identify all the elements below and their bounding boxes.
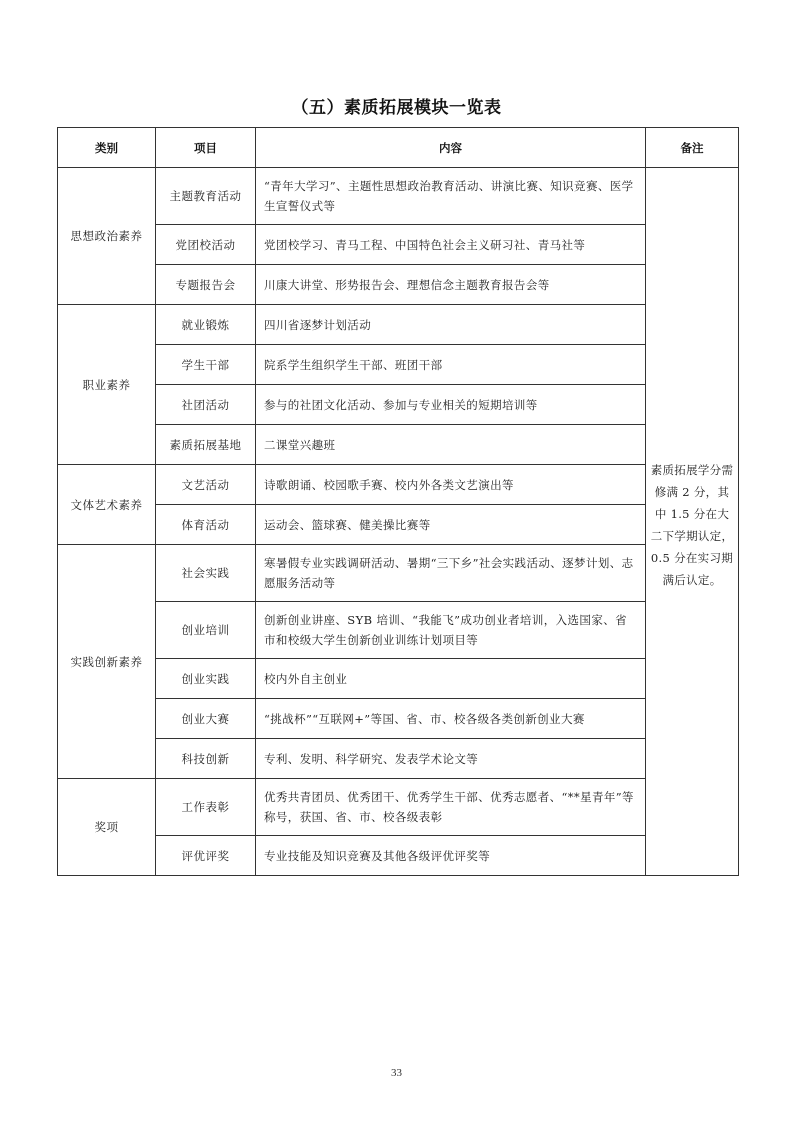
note-cell: 素质拓展学分需修满 2 分，其中 1.5 分在大二下学期认定，0.5 分在实习期… [646,168,739,876]
category-cell: 职业素养 [58,305,156,465]
table-row: 体育活动 运动会、篮球赛、健美操比赛等 [58,505,739,545]
content-cell: 专利、发明、科学研究、发表学术论文等 [256,739,646,779]
item-cell: 主题教育活动 [156,168,256,225]
item-cell: 科技创新 [156,739,256,779]
item-cell: 体育活动 [156,505,256,545]
category-cell: 实践创新素养 [58,545,156,779]
table-row: 文体艺术素养 文艺活动 诗歌朗诵、校园歌手赛、校内外各类文艺演出等 [58,465,739,505]
table-row: 专题报告会 川康大讲堂、形势报告会、理想信念主题教育报告会等 [58,265,739,305]
header-note: 备注 [646,128,739,168]
item-cell: 社团活动 [156,385,256,425]
item-cell: 创业大赛 [156,699,256,739]
item-cell: 就业锻炼 [156,305,256,345]
table-row: 学生干部 院系学生组织学生干部、班团干部 [58,345,739,385]
table-row: 奖项 工作表彰 优秀共青团员、优秀团干、优秀学生干部、优秀志愿者、“**星青年”… [58,779,739,836]
note-text: 素质拓展学分需修满 2 分，其中 1.5 分在大二下学期认定，0.5 分在实习期… [650,459,734,591]
header-content: 内容 [256,128,646,168]
item-cell: 评优评奖 [156,836,256,876]
content-cell: 创新创业讲座、SYB 培训、“我能飞”成功创业者培训，入选国家、省市和校级大学生… [256,602,646,659]
table-row: 创业培训 创新创业讲座、SYB 培训、“我能飞”成功创业者培训，入选国家、省市和… [58,602,739,659]
content-cell: 运动会、篮球赛、健美操比赛等 [256,505,646,545]
content-cell: 诗歌朗诵、校园歌手赛、校内外各类文艺演出等 [256,465,646,505]
item-cell: 工作表彰 [156,779,256,836]
content-cell: 寒暑假专业实践调研活动、暑期“三下乡”社会实践活动、逐梦计划、志愿服务活动等 [256,545,646,602]
content-cell: 专业技能及知识竞赛及其他各级评优评奖等 [256,836,646,876]
table-row: 社团活动 参与的社团文化活动、参加与专业相关的短期培训等 [58,385,739,425]
item-cell: 创业实践 [156,659,256,699]
category-cell: 文体艺术素养 [58,465,156,545]
table-row: 职业素养 就业锻炼 四川省逐梦计划活动 [58,305,739,345]
item-cell: 学生干部 [156,345,256,385]
table-row: 科技创新 专利、发明、科学研究、发表学术论文等 [58,739,739,779]
content-cell: 参与的社团文化活动、参加与专业相关的短期培训等 [256,385,646,425]
content-cell: 优秀共青团员、优秀团干、优秀学生干部、优秀志愿者、“**星青年”等称号，获国、省… [256,779,646,836]
page-number: 33 [0,1067,793,1079]
item-cell: 素质拓展基地 [156,425,256,465]
content-cell: “青年大学习”、主题性思想政治教育活动、讲演比赛、知识竞赛、医学生宣誓仪式等 [256,168,646,225]
content-cell: 院系学生组织学生干部、班团干部 [256,345,646,385]
item-cell: 社会实践 [156,545,256,602]
item-cell: 创业培训 [156,602,256,659]
content-cell: 校内外自主创业 [256,659,646,699]
header-category: 类别 [58,128,156,168]
category-cell: 奖项 [58,779,156,876]
item-cell: 党团校活动 [156,225,256,265]
content-cell: “挑战杯”“互联网+”等国、省、市、校各级各类创新创业大赛 [256,699,646,739]
table-row: 素质拓展基地 二课堂兴趣班 [58,425,739,465]
quality-expansion-module-table: 类别 项目 内容 备注 思想政治素养 主题教育活动 “青年大学习”、主题性思想政… [57,127,739,876]
table-row: 评优评奖 专业技能及知识竞赛及其他各级评优评奖等 [58,836,739,876]
table-row: 党团校活动 党团校学习、青马工程、中国特色社会主义研习社、青马社等 [58,225,739,265]
header-item: 项目 [156,128,256,168]
content-cell: 二课堂兴趣班 [256,425,646,465]
table-row: 思想政治素养 主题教育活动 “青年大学习”、主题性思想政治教育活动、讲演比赛、知… [58,168,739,225]
table-row: 创业大赛 “挑战杯”“互联网+”等国、省、市、校各级各类创新创业大赛 [58,699,739,739]
category-cell: 思想政治素养 [58,168,156,305]
table-row: 实践创新素养 社会实践 寒暑假专业实践调研活动、暑期“三下乡”社会实践活动、逐梦… [58,545,739,602]
item-cell: 文艺活动 [156,465,256,505]
table-row: 创业实践 校内外自主创业 [58,659,739,699]
page-title: （五）素质拓展模块一览表 [0,93,793,118]
content-cell: 四川省逐梦计划活动 [256,305,646,345]
table-header-row: 类别 项目 内容 备注 [58,128,739,168]
content-cell: 党团校学习、青马工程、中国特色社会主义研习社、青马社等 [256,225,646,265]
item-cell: 专题报告会 [156,265,256,305]
content-cell: 川康大讲堂、形势报告会、理想信念主题教育报告会等 [256,265,646,305]
